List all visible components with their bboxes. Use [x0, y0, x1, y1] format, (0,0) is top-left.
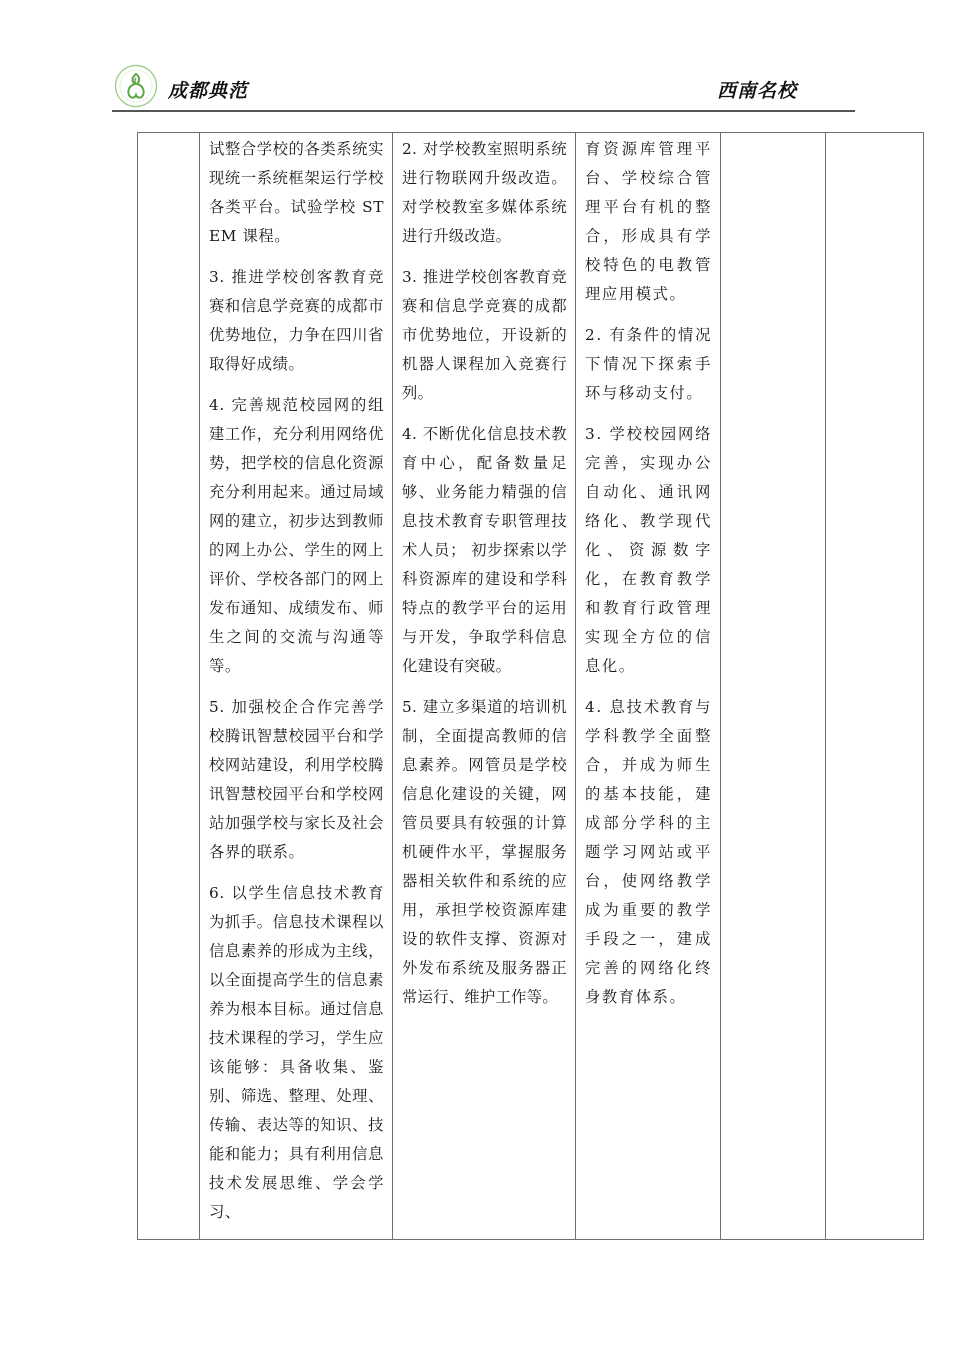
list-item: 4. 不断优化信息技术教育中心，配备数量足够、业务能力精强的信息技术教育专职管理… [402, 420, 567, 681]
table-cell-measures: 2. 对学校教室照明系统进行物联网升级改造。对学校教室多媒体系统进行升级改造。 … [393, 133, 576, 1240]
list-item: 3. 推进学校创客教育竞赛和信息学竞赛的成都市优势地位，开设新的机器人课程加入竞… [402, 263, 567, 408]
brand-left-title: 成都典范 [168, 76, 248, 103]
list-item: 4. 完善规范校园网的组建工作，充分利用网络优势，把学校的信息化资源充分利用起来… [209, 391, 384, 681]
list-item: 3. 学校校园网络完善，实现办公自动化、通讯网络化、教学现代化、资源数字化，在教… [585, 420, 712, 681]
header-divider [112, 110, 855, 112]
list-item: 2. 对学校教室照明系统进行物联网升级改造。对学校教室多媒体系统进行升级改造。 [402, 135, 567, 251]
brand-right-title: 西南名校 [717, 76, 797, 103]
list-item: 5. 加强校企合作完善学校腾讯智慧校园平台和学校网站建设，利用学校腾讯智慧校园平… [209, 693, 384, 867]
table-cell-goals: 试整合学校的各类系统实现统一系统框架运行学校各类平台。试验学校 STEM 课程。… [200, 133, 393, 1240]
list-item: 6. 以学生信息技术教育为抓手。信息技术课程以信息素养的形成为主线，以全面提高学… [209, 879, 384, 1227]
list-item: 育资源库管理平台、学校综合管理平台有机的整合，形成具有学校特色的电教管理应用模式… [585, 135, 712, 309]
school-emblem-icon [114, 64, 158, 108]
table-row: 试整合学校的各类系统实现统一系统框架运行学校各类平台。试验学校 STEM 课程。… [138, 133, 924, 1240]
table-cell-category [138, 133, 200, 1240]
table-cell-empty-f [826, 133, 924, 1240]
page-header: 成都典范 西南名校 [112, 62, 857, 112]
plan-table: 试整合学校的各类系统实现统一系统框架运行学校各类平台。试验学校 STEM 课程。… [137, 132, 924, 1240]
list-item: 5. 建立多渠道的培训机制，全面提高教师的信息素养。网管员是学校信息化建设的关键… [402, 693, 567, 1012]
list-item: 3. 推进学校创客教育竞赛和信息学竞赛的成都市优势地位，力争在四川省取得好成绩。 [209, 263, 384, 379]
table-cell-outcomes: 育资源库管理平台、学校综合管理平台有机的整合，形成具有学校特色的电教管理应用模式… [576, 133, 721, 1240]
list-item: 2. 有条件的情况下情况下探索手环与移动支付。 [585, 321, 712, 408]
list-item: 4. 息技术教育与学科教学全面整合，并成为师生的基本技能，建成部分学科的主题学习… [585, 693, 712, 1012]
list-item: 试整合学校的各类系统实现统一系统框架运行学校各类平台。试验学校 STEM 课程。 [209, 135, 384, 251]
table-cell-empty-e [721, 133, 826, 1240]
